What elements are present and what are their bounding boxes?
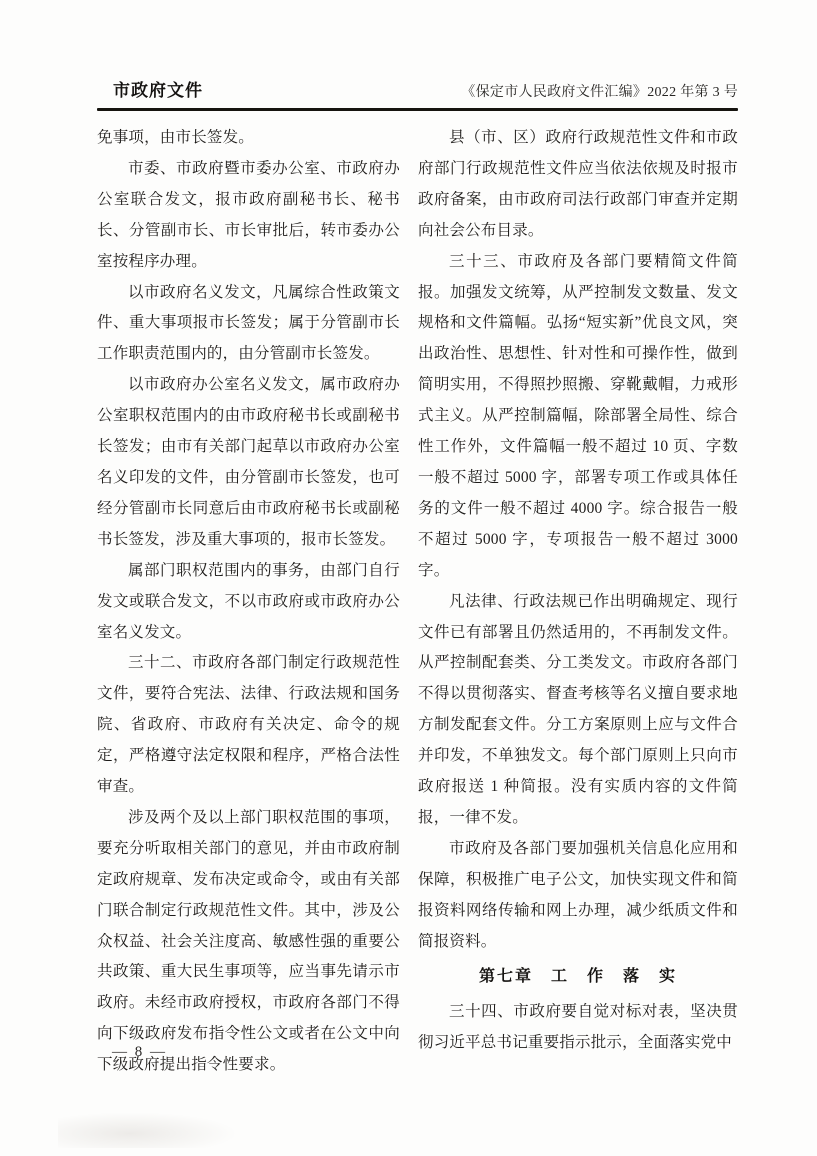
chapter-heading: 第七章 工 作 落 实 [418, 962, 738, 993]
paragraph: 免事项，由市长签发。 [97, 123, 400, 154]
paragraph: 市政府及各部门要加强机关信息化应用和保障，积极推广电子公文，加快实现文件和简报资… [418, 834, 738, 958]
paragraph: 凡法律、行政法规已作出明确规定、现行文件已有部署且仍然适用的，不再制发文件。从严… [418, 587, 738, 834]
paragraph: 市委、市政府暨市委办公室、市政府办公室联合发文，报市政府副秘书长、秘书长、分管副… [97, 154, 400, 278]
header-section-label: 市政府文件 [113, 76, 203, 101]
page-header: 市政府文件 《保定市人民政府文件汇编》2022 年第 3 号 [97, 76, 738, 108]
paragraph: 三十二、市政府各部门制定行政规范性文件，要符合宪法、法律、行政法规和国务院、省政… [97, 648, 400, 803]
scan-artifact [58, 1112, 238, 1148]
paragraph: 涉及两个及以上部门职权范围的事项，要充分听取相关部门的意见，并由市政府制定政府规… [97, 803, 400, 1081]
document-page: 市政府文件 《保定市人民政府文件汇编》2022 年第 3 号 免事项，由市长签发… [0, 0, 817, 1156]
header-rule [97, 108, 738, 111]
page-number: — 8 — [112, 1044, 167, 1061]
left-column: 免事项，由市长签发。市委、市政府暨市委办公室、市政府办公室联合发文，报市政府副秘… [97, 123, 400, 1081]
paragraph: 以市政府名义发文，凡属综合性政策文件、重大事项报市长签发；属于分管副市长工作职责… [97, 278, 400, 371]
paragraph: 属部门职权范围内的事务，由部门自行发文或联合发文，不以市政府或市政府办公室名义发… [97, 556, 400, 649]
paragraph: 以市政府办公室名义发文，属市政府办公室职权范围内的由市政府秘书长或副秘书长签发；… [97, 370, 400, 555]
text-columns: 免事项，由市长签发。市委、市政府暨市委办公室、市政府办公室联合发文，报市政府副秘… [97, 123, 738, 1081]
right-column: 县（市、区）政府行政规范性文件和市政府部门行政规范性文件应当依法依规及时报市政府… [418, 123, 738, 1081]
paragraph: 三十四、市政府要自觉对标对表，坚决贯彻习近平总书记重要指示批示，全面落实党中 [418, 997, 738, 1059]
paragraph: 三十三、市政府及各部门要精简文件简报。加强发文统筹，从严控制发文数量、发文规格和… [418, 247, 738, 587]
header-publication-label: 《保定市人民政府文件汇编》2022 年第 3 号 [461, 81, 738, 101]
paragraph: 县（市、区）政府行政规范性文件和市政府部门行政规范性文件应当依法依规及时报市政府… [418, 123, 738, 247]
page-content: 市政府文件 《保定市人民政府文件汇编》2022 年第 3 号 免事项，由市长签发… [97, 76, 738, 1081]
